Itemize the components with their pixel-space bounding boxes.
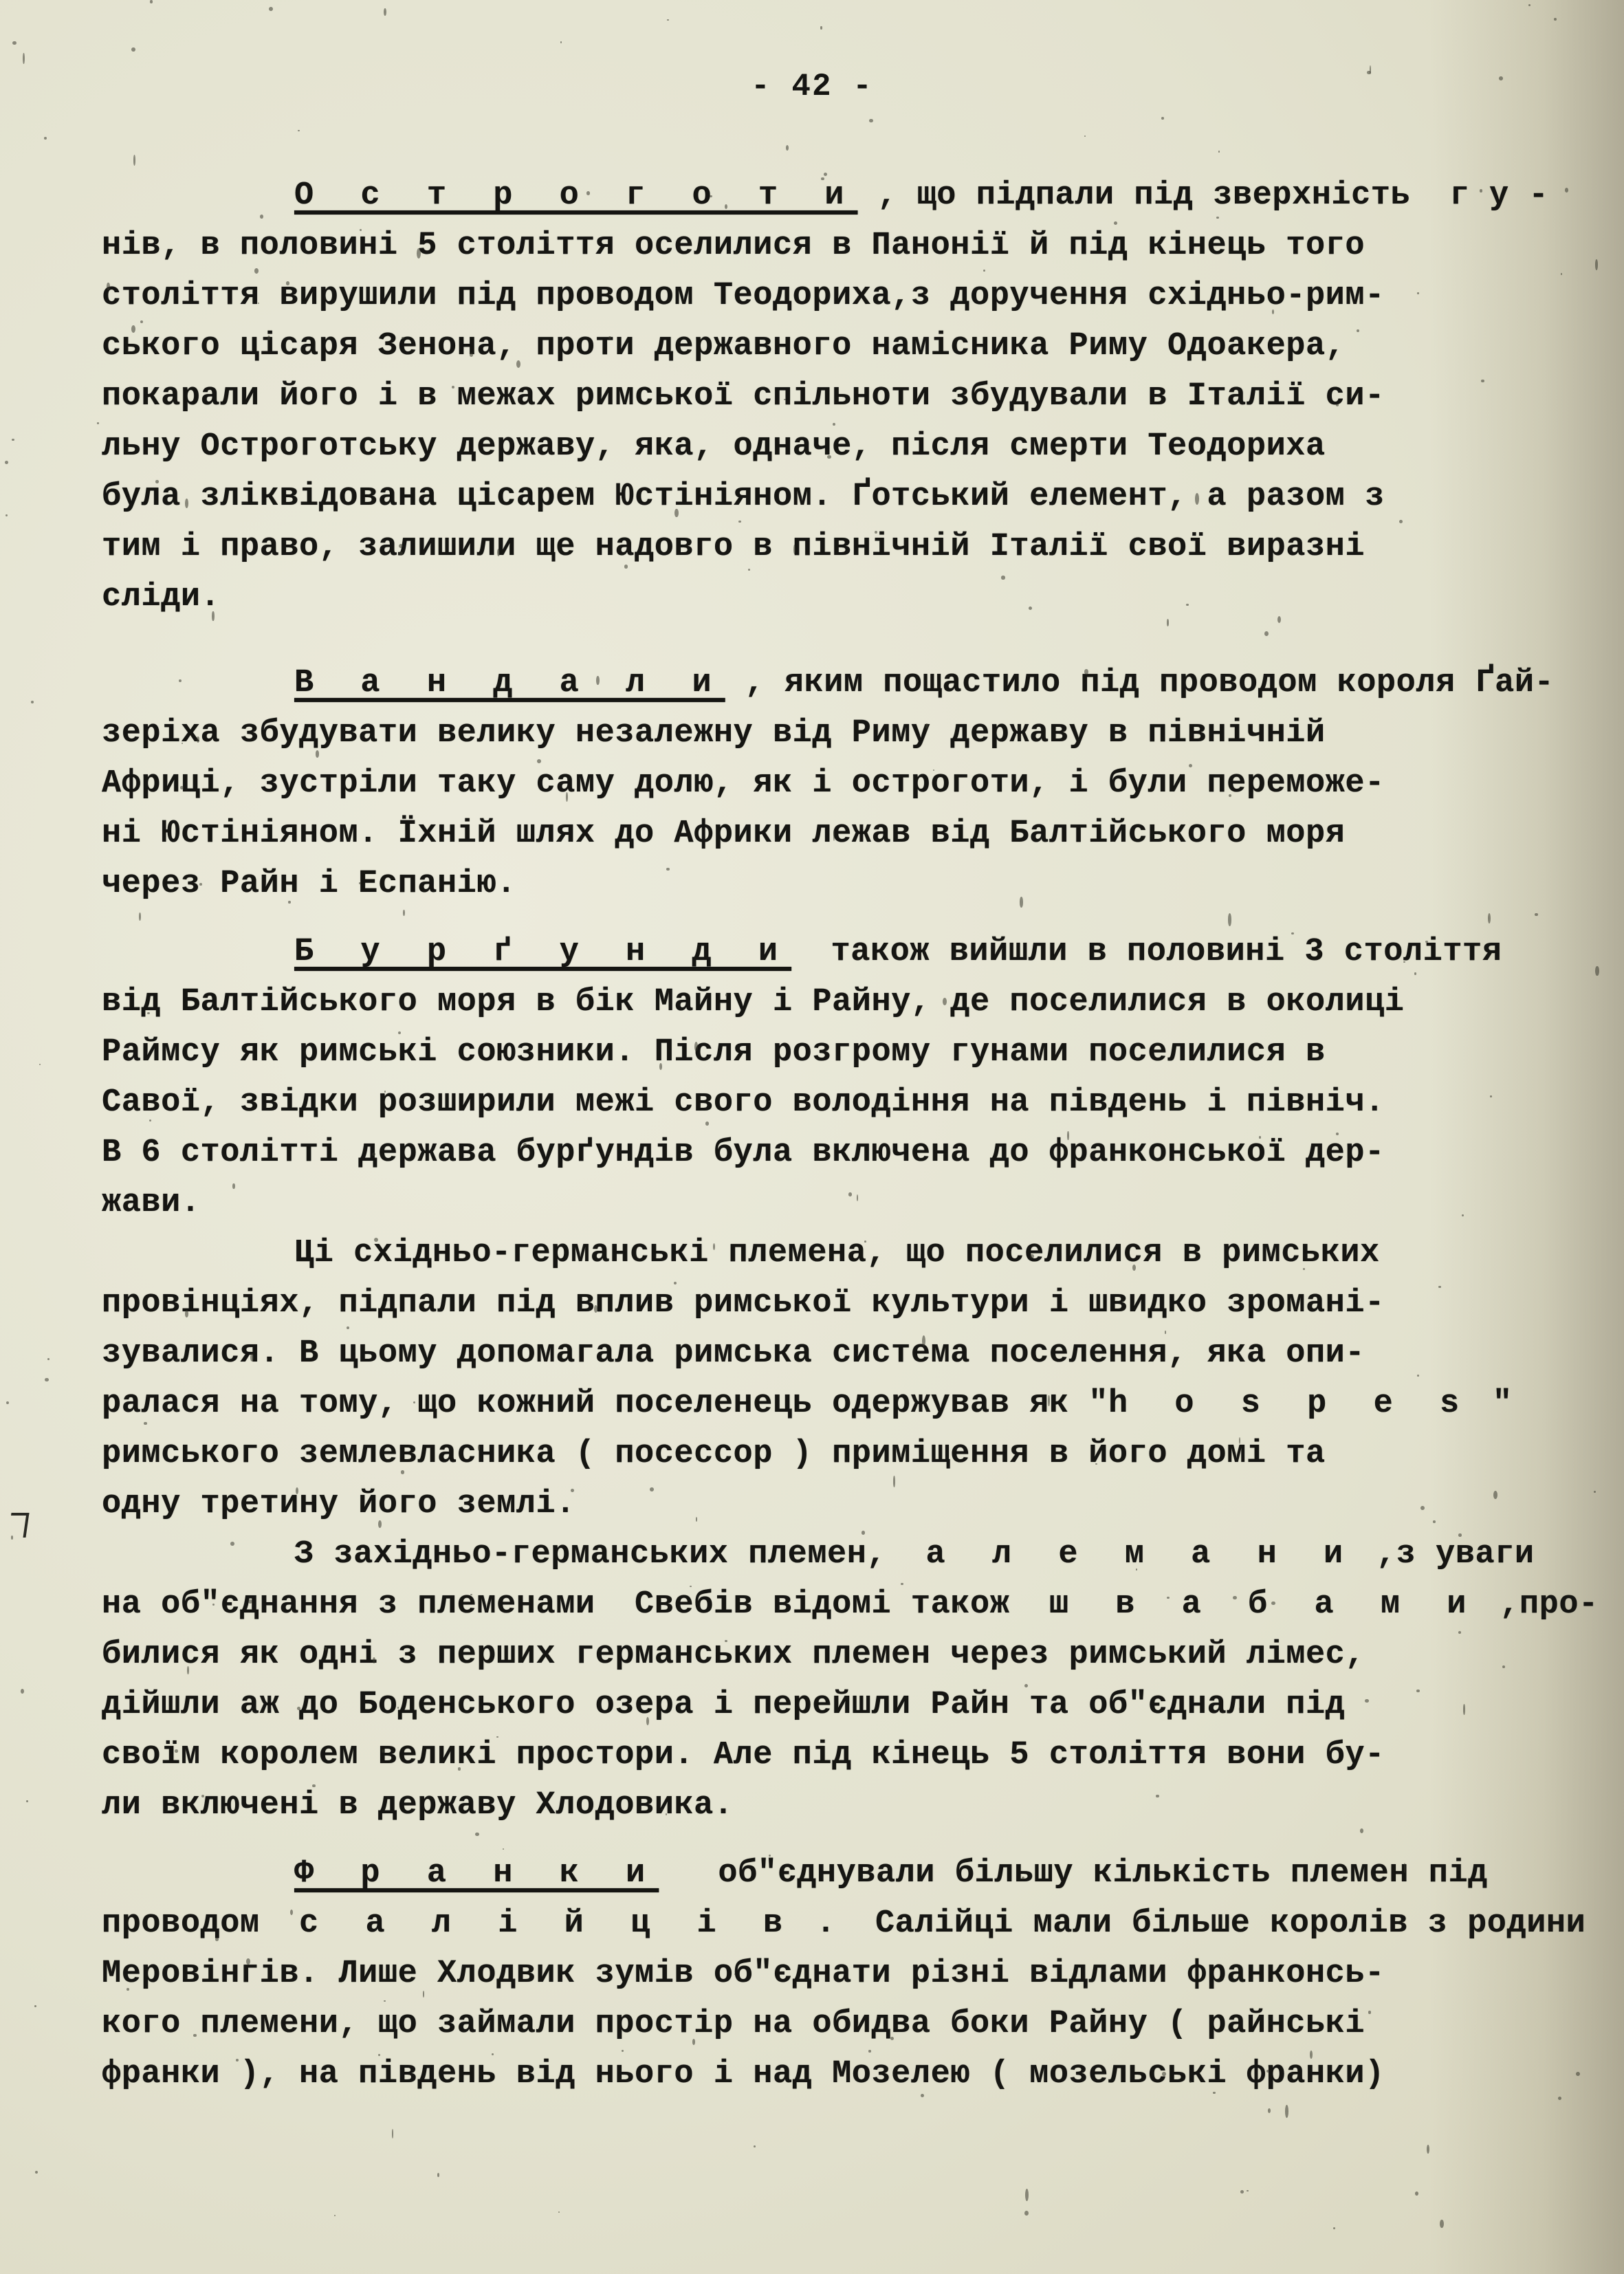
- paper-speck: [1528, 4, 1530, 6]
- paper-speck: [1195, 493, 1199, 504]
- paper-speck: [458, 1767, 461, 1770]
- text-run: Савої, звідки розширили межі свого волод…: [102, 1084, 1385, 1121]
- paper-speck: [1132, 1265, 1136, 1271]
- paper-speck: [496, 1736, 498, 1738]
- paper-speck: [127, 1988, 129, 1991]
- paper-speck: [793, 545, 795, 554]
- text-line: на об"єднання з племенами Свебів відомі …: [102, 1579, 1607, 1630]
- paper-speck: [1433, 1520, 1436, 1523]
- text-run: на об"єднання з племенами Свебів відомі …: [102, 1586, 1049, 1623]
- paper-speck: [1025, 2189, 1029, 2201]
- text-line: жави.: [102, 1178, 1607, 1228]
- emphasized-term: h o s p e s: [1108, 1386, 1473, 1422]
- paragraph-gap: [102, 622, 1607, 658]
- paper-speck: [864, 1240, 866, 1243]
- text-run: також вийшли в половині 3 століття: [791, 934, 1502, 970]
- paper-speck: [674, 1282, 677, 1284]
- text-run: ": [1473, 1386, 1512, 1422]
- paper-speck: [1001, 576, 1005, 579]
- text-run: зеріха збудувати велику незалежну від Ри…: [102, 715, 1326, 752]
- text-run: ,про-: [1480, 1586, 1599, 1623]
- paper-speck: [399, 551, 403, 556]
- paper-speck: [1365, 1699, 1368, 1703]
- paper-speck: [738, 521, 741, 523]
- paper-speck: [1499, 76, 1503, 80]
- text-line: покарали його і в межах римської спільно…: [102, 371, 1607, 422]
- paper-speck: [820, 26, 822, 29]
- paper-speck: [384, 2000, 385, 2002]
- paper-speck: [401, 1470, 404, 1474]
- paper-speck: [624, 565, 628, 568]
- text-line: ралася на тому, що кожний поселенець оде…: [102, 1379, 1607, 1429]
- paper-speck: [674, 509, 678, 517]
- paper-speck: [537, 759, 541, 763]
- paper-speck: [1458, 1533, 1462, 1537]
- paper-speck: [5, 461, 8, 464]
- text-line: нів, в половині 5 століття оселилися в П…: [102, 221, 1607, 271]
- paper-speck: [250, 1353, 254, 1362]
- paper-speck: [646, 1717, 649, 1725]
- paper-speck: [180, 786, 183, 789]
- text-run: через Райн і Еспанію.: [102, 866, 516, 902]
- paper-speck: [149, 1119, 151, 1122]
- paper-speck: [754, 2145, 756, 2147]
- text-line: Савої, звідки розширили межі свого волод…: [102, 1078, 1607, 1128]
- paper-speck: [1084, 669, 1088, 675]
- paper-speck: [667, 19, 668, 21]
- paper-speck: [34, 2005, 36, 2007]
- text-line: проводом с а л і й ц і в . Салійці мали …: [102, 1899, 1607, 1949]
- text-line: була зліквідована цісарем Юстініяном. Ґо…: [102, 472, 1607, 522]
- text-run: римського землевласника ( посессор ) при…: [102, 1436, 1326, 1472]
- paper-speck: [150, 0, 153, 3]
- paper-speck: [868, 2050, 871, 2053]
- paper-speck: [1417, 292, 1418, 294]
- text-run: Ці східньо-германські племена, що посели…: [294, 1235, 1380, 1271]
- paper-speck: [1136, 1568, 1137, 1570]
- emphasized-term: с а л і й ц і в: [299, 1905, 796, 1942]
- paper-speck: [833, 423, 835, 426]
- text-run: зувалися. В цьому допомагала римська сис…: [102, 1335, 1365, 1372]
- text-run: Раймсу як римські союзники. Після розгро…: [102, 1034, 1326, 1071]
- text-line: ського цісаря Зенона, проти державного н…: [102, 321, 1607, 371]
- text-line: сліди.: [102, 572, 1607, 622]
- margin-pencil-mark: [8, 1513, 29, 1538]
- text-line: століття вирушили під проводом Теодориха…: [102, 271, 1607, 321]
- paper-speck: [594, 1305, 597, 1313]
- text-run: дійшли аж до Боденського озера і перейшл…: [102, 1687, 1345, 1723]
- paper-speck: [6, 1401, 9, 1404]
- scanned-page: - 42 - О с т р о г о т и , що підпали пі…: [0, 0, 1624, 2274]
- paper-speck: [382, 1749, 385, 1753]
- paragraph-gap: [102, 1830, 1607, 1848]
- paper-speck: [392, 2129, 393, 2139]
- text-line: Меровінгів. Лише Хлодвик зумів об"єднати…: [102, 1949, 1607, 1999]
- text-run: від Балтійського моря в бік Майну і Райн…: [102, 984, 1405, 1020]
- text-run: , що підпали під зверхність г у -: [857, 177, 1548, 214]
- paper-speck: [403, 910, 404, 916]
- paper-speck: [890, 2037, 894, 2040]
- paper-speck: [197, 736, 200, 742]
- paper-speck: [1084, 135, 1086, 137]
- text-run: тим і право, залишили ще надовго в півні…: [102, 529, 1365, 565]
- paper-speck: [1360, 1828, 1363, 1833]
- paper-speck: [1186, 604, 1189, 606]
- paper-speck: [821, 177, 824, 180]
- paper-speck: [384, 8, 386, 16]
- paper-speck: [374, 1238, 378, 1242]
- paper-speck: [269, 7, 273, 11]
- text-line: римського землевласника ( посессор ) при…: [102, 1429, 1607, 1479]
- paper-speck: [901, 1583, 903, 1585]
- text-line: дійшли аж до Боденського озера і перейшл…: [102, 1680, 1607, 1730]
- paper-speck: [705, 1122, 710, 1126]
- paper-speck: [21, 1689, 24, 1694]
- paper-speck: [1291, 932, 1294, 935]
- paper-speck: [384, 1091, 386, 1093]
- text-line: зеріха збудувати велику незалежну від Ри…: [102, 708, 1607, 758]
- paper-speck: [933, 769, 934, 771]
- text-line: своїм королем великі простори. Але під к…: [102, 1730, 1607, 1780]
- paper-speck: [334, 2215, 336, 2216]
- paper-speck: [1218, 151, 1220, 152]
- text-line: В а н д а л и , яким пощастило під прово…: [102, 658, 1607, 708]
- text-run: . Салійці мали більше королів з родини: [796, 1905, 1585, 1942]
- paper-speck: [1558, 2097, 1561, 2100]
- paper-speck: [1213, 2092, 1216, 2095]
- paper-speck: [131, 47, 135, 52]
- paper-speck: [185, 499, 188, 508]
- paper-speck: [692, 2039, 695, 2045]
- paper-speck: [558, 2211, 560, 2213]
- emphasized-term: а л е м а н и: [926, 1536, 1357, 1573]
- paper-speck: [497, 549, 500, 556]
- section-heading: В а н д а л и: [294, 665, 725, 701]
- paper-speck: [1576, 2072, 1580, 2076]
- paper-speck: [586, 191, 591, 195]
- text-line: В 6 столітті держава бурґундів була вклю…: [102, 1128, 1607, 1178]
- paper-speck: [260, 215, 263, 219]
- text-line: билися як одні з перших германських плем…: [102, 1630, 1607, 1680]
- text-line: З західньо-германських племен, а л е м а…: [102, 1529, 1607, 1579]
- paper-speck: [133, 155, 135, 166]
- text-line: О с т р о г о т и , що підпали під зверх…: [102, 171, 1607, 221]
- paper-speck: [11, 1535, 13, 1539]
- paper-speck: [175, 1749, 178, 1753]
- page-number: - 42 -: [0, 69, 1624, 105]
- paper-speck: [1271, 1601, 1275, 1606]
- text-run: жави.: [102, 1185, 201, 1221]
- paper-speck: [1156, 1795, 1159, 1797]
- paper-speck: [288, 901, 290, 904]
- paper-speck: [1229, 794, 1231, 797]
- text-run: сліди.: [102, 579, 220, 615]
- paper-speck: [650, 1487, 654, 1491]
- paper-speck: [1488, 913, 1491, 923]
- paper-speck: [186, 552, 188, 555]
- text-run: покарали його і в межах римської спільно…: [102, 378, 1385, 415]
- text-line: Ці східньо-германські племена, що посели…: [102, 1228, 1607, 1278]
- paper-speck: [97, 422, 99, 424]
- paper-speck: [869, 119, 873, 122]
- paper-speck: [1264, 631, 1269, 636]
- text-line: Африці, зустріли таку саму долю, як і ос…: [102, 758, 1607, 809]
- paper-speck: [1561, 273, 1562, 274]
- text-run: льну Остроготську державу, яка, одначе, …: [102, 428, 1326, 465]
- paper-speck: [784, 399, 786, 401]
- paper-speck: [1310, 2051, 1313, 2059]
- text-run: кого племени, що займали простір на обид…: [102, 2006, 1365, 2042]
- paper-speck: [107, 283, 109, 290]
- section-heading: О с т р о г о т и: [294, 177, 857, 214]
- paper-speck: [478, 1445, 480, 1451]
- paper-speck: [378, 1520, 382, 1529]
- paper-speck: [666, 868, 670, 871]
- paper-speck: [983, 270, 985, 272]
- paper-speck: [212, 611, 214, 620]
- text-run: ського цісаря Зенона, проти державного н…: [102, 328, 1345, 364]
- paper-speck: [12, 41, 16, 45]
- text-line: ли включені в державу Хлодовика.: [102, 1780, 1607, 1830]
- paper-speck: [44, 137, 47, 140]
- paper-speck: [155, 480, 159, 483]
- text-run: ли включені в державу Хлодовика.: [102, 1787, 734, 1824]
- text-run: провінціях, підпали під вплив римської к…: [102, 1285, 1385, 1322]
- paper-speck: [824, 173, 827, 176]
- paper-speck: [1268, 2108, 1271, 2113]
- paper-speck: [943, 998, 947, 1005]
- paper-speck: [286, 281, 289, 285]
- text-line: льну Остроготську державу, яка, одначе, …: [102, 422, 1607, 472]
- paper-speck: [1333, 2227, 1335, 2229]
- text-line: кого племени, що займали простір на обид…: [102, 1999, 1607, 2049]
- paper-speck: [6, 514, 8, 516]
- text-run: Меровінгів. Лише Хлодвик зумів об"єднати…: [102, 1956, 1385, 1992]
- text-line: Б у р ґ у н д и також вийшли в половині …: [102, 927, 1607, 977]
- paper-speck: [26, 1800, 28, 1802]
- paper-speck: [423, 1991, 425, 1998]
- paper-speck: [827, 455, 831, 459]
- section-heading: Ф р а н к и: [294, 1855, 659, 1892]
- paper-speck: [1416, 1690, 1420, 1693]
- text-line: зувалися. В цьому допомагала римська сис…: [102, 1329, 1607, 1379]
- paper-speck: [147, 1012, 149, 1014]
- paper-speck: [297, 1707, 300, 1710]
- paper-speck: [1030, 1254, 1033, 1258]
- text-run: В 6 столітті держава бурґундів була вклю…: [102, 1135, 1385, 1171]
- paper-speck: [1024, 2211, 1029, 2216]
- paper-speck: [359, 882, 360, 884]
- text-run: проводом: [102, 1905, 299, 1942]
- paper-speck: [1480, 189, 1483, 193]
- text-run: Африці, зустріли таку саму долю, як і ос…: [102, 765, 1385, 802]
- text-line: ні Юстініяном. Їхній шлях до Африки лежа…: [102, 809, 1607, 859]
- paper-speck: [1535, 913, 1537, 916]
- paper-speck: [139, 912, 141, 920]
- paper-speck: [1427, 2145, 1429, 2154]
- text-run: франки ), на південь від нього і над Моз…: [102, 2056, 1385, 2092]
- paper-speck: [236, 2059, 239, 2062]
- paper-speck: [35, 2171, 38, 2174]
- paper-speck: [492, 2053, 494, 2055]
- paper-speck: [690, 1586, 691, 1587]
- text-line: від Балтійського моря в бік Майну і Райн…: [102, 977, 1607, 1027]
- paper-speck: [1067, 1131, 1068, 1140]
- text-run: ралася на тому, що кожний поселенець оде…: [102, 1386, 1108, 1422]
- paper-speck: [475, 1833, 479, 1836]
- paper-speck: [1415, 2191, 1418, 2196]
- paper-speck: [560, 41, 562, 43]
- text-line: тим і право, залишили ще надовго в півні…: [102, 522, 1607, 572]
- paper-speck: [187, 1666, 189, 1674]
- paper-speck: [312, 1784, 316, 1788]
- paper-speck: [232, 1183, 234, 1189]
- paper-speck: [1161, 117, 1164, 120]
- text-line: франки ), на південь від нього і над Моз…: [102, 2049, 1607, 2099]
- paper-speck: [694, 1042, 698, 1051]
- paper-speck: [1368, 2011, 1371, 2013]
- paper-speck: [31, 701, 34, 703]
- paper-speck: [922, 1335, 925, 1346]
- section-heading: Б у р ґ у н д и: [294, 934, 791, 970]
- paper-speck: [1247, 2190, 1248, 2191]
- paragraph-gap: [102, 909, 1607, 927]
- typed-text-body: О с т р о г о т и , що підпали під зверх…: [102, 171, 1607, 2099]
- paper-speck: [201, 1795, 204, 1797]
- text-line: Раймсу як римські союзники. Після розгро…: [102, 1027, 1607, 1078]
- paper-speck: [417, 248, 421, 259]
- paper-speck: [1024, 1684, 1028, 1687]
- paper-speck: [1595, 966, 1599, 976]
- paper-speck: [267, 336, 270, 340]
- text-run: нів, в половині 5 століття оселилися в П…: [102, 228, 1365, 264]
- paper-speck: [215, 1938, 219, 1941]
- paper-speck: [23, 53, 25, 65]
- paper-speck: [1595, 259, 1598, 270]
- paper-speck: [1162, 2072, 1166, 2076]
- paper-speck: [1336, 1133, 1339, 1135]
- text-run: , яким пощастило під проводом короля Ґай…: [725, 665, 1555, 701]
- emphasized-term: ш в а б а м и: [1049, 1586, 1480, 1623]
- text-run: З західньо-германських племен,: [294, 1536, 926, 1573]
- paper-speck: [12, 439, 14, 441]
- paper-speck: [1440, 2220, 1444, 2229]
- text-line: Ф р а н к и об"єднували більшу кількість…: [102, 1848, 1607, 1899]
- paper-speck: [45, 1378, 48, 1381]
- text-run: ні Юстініяном. Їхній шлях до Африки лежа…: [102, 816, 1345, 852]
- paper-speck: [1140, 1747, 1142, 1755]
- paper-speck: [397, 1707, 399, 1708]
- text-run: була зліквідована цісарем Юстініяном. Ґо…: [102, 479, 1385, 515]
- paper-speck: [786, 145, 789, 151]
- text-run: ,з уваги: [1357, 1536, 1534, 1573]
- paper-speck: [254, 268, 259, 273]
- text-line: через Райн і Еспанію.: [102, 859, 1607, 909]
- text-run: століття вирушили під проводом Теодориха…: [102, 278, 1385, 314]
- paper-speck: [1403, 961, 1405, 963]
- text-line: одну третину його землі.: [102, 1479, 1607, 1529]
- paper-speck: [39, 1064, 41, 1065]
- paper-speck: [1266, 2070, 1269, 2073]
- paper-speck: [1493, 1491, 1497, 1499]
- text-run: своїм королем великі простори. Але під к…: [102, 1737, 1385, 1773]
- paper-speck: [316, 750, 319, 757]
- paper-speck: [516, 360, 520, 368]
- paper-speck: [596, 676, 599, 685]
- paper-speck: [575, 487, 577, 488]
- paper-speck: [437, 2173, 439, 2177]
- paper-speck: [1048, 1395, 1049, 1406]
- paper-speck: [1240, 2190, 1244, 2194]
- paper-speck: [921, 2094, 924, 2097]
- paper-speck: [1404, 1863, 1405, 1873]
- paper-speck: [413, 1401, 415, 1403]
- paper-speck: [1399, 520, 1403, 523]
- text-line: провінціях, підпали під вплив римської к…: [102, 1278, 1607, 1329]
- text-run: билися як одні з перших германських плем…: [102, 1637, 1365, 1673]
- paper-speck: [193, 2034, 196, 2037]
- paper-speck: [298, 130, 300, 132]
- paper-speck: [1285, 2105, 1288, 2118]
- text-run: об"єднували більшу кількість племен під: [659, 1855, 1488, 1892]
- paper-speck: [1303, 1268, 1305, 1270]
- text-run: одну третину його землі.: [102, 1486, 575, 1522]
- paper-speck: [1216, 217, 1218, 219]
- paper-speck: [47, 1358, 50, 1360]
- paper-speck: [131, 325, 135, 333]
- paper-speck: [848, 1192, 852, 1196]
- paper-speck: [622, 2050, 624, 2052]
- paper-speck: [1554, 18, 1557, 21]
